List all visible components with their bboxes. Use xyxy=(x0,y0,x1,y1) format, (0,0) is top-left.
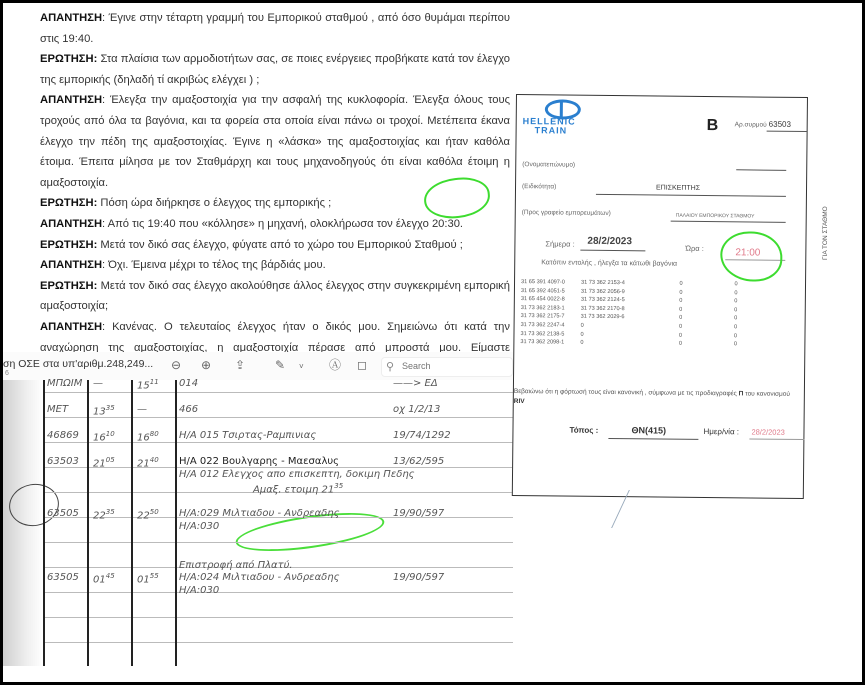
handwritten-entry: Αμαξ. ετοιμη 2135 xyxy=(253,482,343,495)
date2-value: 28/2/2023 xyxy=(751,427,784,436)
place-label: Τόπος : xyxy=(569,426,598,435)
speaker-label: ΕΡΩΤΗΣΗ: xyxy=(40,197,97,209)
ruled-line xyxy=(43,542,513,543)
paragraph-text: Μετά τον δικό σας έλεγχο, φύγατε από το … xyxy=(97,239,463,251)
date-label: Σήμερα : xyxy=(545,239,574,248)
specialty-label: (Ειδικότητα) xyxy=(522,183,556,190)
handwritten-entry: 2235 xyxy=(93,508,115,521)
wagon-cell: 31 73 362 2098-1 xyxy=(520,339,580,348)
handwritten-entry: 63505 xyxy=(47,508,79,519)
transcript-paragraph: ΕΡΩΤΗΣΗ: Μετά τον δικό σας έλεγχο ακολού… xyxy=(40,276,510,317)
train-number: 63503 xyxy=(769,120,791,129)
wagon-cell: 0 xyxy=(650,341,710,350)
ruled-line xyxy=(43,617,513,618)
pdf-viewer-toolbar: ση ΟΣΕ στα υπ'αριθμ.248,249... 6 ⊖ ⊕ ⇪ ✎… xyxy=(3,352,513,381)
date-value: 28/2/2023 xyxy=(587,236,632,247)
handwritten-entry: 2250 xyxy=(137,508,159,521)
ruled-line xyxy=(43,392,513,393)
transcript-paragraph: ΑΠΑΝΤΗΣΗ: Από τις 19:40 που «κόλλησε» η … xyxy=(40,214,510,235)
handwritten-entry: Η/Α 012 Ελεγχος απο επισκεπτη, δοκιμη Πε… xyxy=(179,469,415,480)
hellenic-train-logo: HELLENIC TRAIN xyxy=(523,99,603,134)
date2-label: Ημερ/νία : xyxy=(703,427,739,436)
paragraph-text: Στα πλαίσια των αρμοδιοτήτων σας, σε ποι… xyxy=(40,53,510,86)
handwritten-entry: 19/90/597 xyxy=(393,572,444,583)
handwritten-entry: 2140 xyxy=(137,456,159,469)
handwritten-entry: — xyxy=(137,404,147,415)
paragraph-text: : Έγινε στην τέταρτη γραμμή του Εμπορικο… xyxy=(40,12,510,45)
transcript-paragraph: ΕΡΩΤΗΣΗ: Μετά τον δικό σας έλεγχο, φύγατ… xyxy=(40,235,510,256)
handwritten-entry: 0155 xyxy=(137,572,159,585)
chevron-down-icon[interactable]: ˅ xyxy=(299,361,304,373)
annotate-icon[interactable]: Ⓐ xyxy=(329,359,341,371)
zoom-out-icon[interactable]: ⊖ xyxy=(171,359,181,371)
handwritten-entry: — xyxy=(93,378,103,389)
markup-pen-icon[interactable]: ✎ xyxy=(275,359,285,371)
station-logbook-scan: ΜΠΩΙΜ—1511014——> ΕΔΜΕΤ1335—466οχ 1/2/134… xyxy=(3,380,513,666)
share-icon[interactable]: ⇪ xyxy=(235,359,245,371)
instruction-text: Κατόπιν εντολής , ήλεγξα τα κάτωθι βαγόν… xyxy=(541,259,677,267)
highlight-circle-2100 xyxy=(720,231,783,282)
handwritten-entry: Επιστροφή από Πλατύ. xyxy=(179,560,293,571)
transcript-paragraph: ΑΠΑΝΤΗΣΗ: Έλεγξα την αμαξοστοιχία για τη… xyxy=(40,90,510,193)
handwritten-entry: ΜΕΤ xyxy=(47,404,68,415)
time-label: Ώρα : xyxy=(685,244,704,253)
speaker-label: ΑΠΑΝΤΗΣΗ xyxy=(40,259,102,271)
column-rule xyxy=(87,380,89,666)
paragraph-text: : Από τις 19:40 που «κόλλησε» η μηχανή, … xyxy=(102,218,463,230)
handwritten-entry: 19/74/1292 xyxy=(393,430,451,441)
handwritten-entry: 2105 xyxy=(93,456,115,469)
wagon-inspection-form: HELLENIC TRAIN B Αρ.συρμού 63503 (Ονοματ… xyxy=(512,94,808,499)
form-letter: B xyxy=(707,117,719,135)
paragraph-text: : Έλεγξα την αμαξοστοιχία για την ασφαλή… xyxy=(40,94,510,188)
column-rule xyxy=(43,380,45,666)
handwritten-entry: ΜΠΩΙΜ xyxy=(47,378,82,389)
document-title: ση ΟΣΕ στα υπ'αριθμ.248,249... xyxy=(3,358,153,370)
paragraph-text: Πόση ώρα διήρκησε ο έλεγχος της εμπορική… xyxy=(97,197,331,209)
handwritten-entry: 1680 xyxy=(137,430,159,443)
speaker-label: ΑΠΑΝΤΗΣΗ xyxy=(40,218,102,230)
confirmation-text: Βεβαιώνω ότι η φόρτωσή τους είναι κανονι… xyxy=(514,387,794,410)
handwritten-entry: 46869 xyxy=(47,430,79,441)
transcript-paragraph: ΕΡΩΤΗΣΗ: Στα πλαίσια των αρμοδιοτήτων σα… xyxy=(40,49,510,90)
wagon-row: 31 73 362 2098-1000 xyxy=(520,339,790,350)
transcript-paragraph: ΑΠΑΝΤΗΣΗ: Έγινε στην τέταρτη γραμμή του … xyxy=(40,8,510,49)
specialty-value: ΕΠΙΣΚΕΠΤΗΣ xyxy=(656,184,700,191)
handwritten-entry: Η/Α 022 Βουλγαρης - Μαεσαλυς xyxy=(179,456,339,467)
paragraph-text: Μετά τον δικό σας έλεγχο ακολούθησε άλλο… xyxy=(40,280,510,313)
search-field[interactable]: ⚲ xyxy=(381,357,513,377)
rotate-icon[interactable]: ◻ xyxy=(357,359,367,371)
wagon-cell: 0 xyxy=(710,341,760,350)
handwritten-entry: Η/Α 015 Τσιρτας-Ραμπινιας xyxy=(179,430,316,441)
handwritten-entry: 466 xyxy=(179,404,198,415)
wagon-cell: 0 xyxy=(580,340,650,349)
office-value: ΠΑΛΑΙΟΥ ΕΜΠΟΡΙΚΟΥ ΣΤΑΘΜΟΥ xyxy=(676,213,755,220)
column-rule xyxy=(175,380,177,666)
speaker-label: ΑΠΑΝΤΗΣΗ xyxy=(40,321,102,333)
handwritten-entry: Η/Α:030 xyxy=(179,521,219,532)
name-label: (Ονοματεπώνυμο) xyxy=(522,161,575,169)
speaker-label: ΑΠΑΝΤΗΣΗ xyxy=(40,12,102,24)
handwritten-entry: 63503 xyxy=(47,456,79,467)
paragraph-text: : Όχι. Έμεινα μέχρι το τέλος της βάρδιάς… xyxy=(102,259,326,271)
speaker-label: ΕΡΩΤΗΣΗ: xyxy=(40,53,97,65)
handwritten-entry: Η/Α:024 Μιλτιαδου - Ανδρεαδης xyxy=(179,572,340,583)
speaker-label: ΕΡΩΤΗΣΗ: xyxy=(40,239,97,251)
wagon-list: 31 65 391 4097-031 73 362 2153-40031 65 … xyxy=(520,279,791,351)
zoom-in-icon[interactable]: ⊕ xyxy=(201,359,211,371)
handwritten-entry: 63505 xyxy=(47,572,79,583)
station-vertical-label: ΓΙΑ ΤΟΝ ΣΤΑΘΜΟ xyxy=(822,206,829,260)
handwritten-entry: 1610 xyxy=(93,430,115,443)
handwritten-entry: 19/90/597 xyxy=(393,508,444,519)
page-count: 6 xyxy=(5,370,9,377)
train-number-label: Αρ.συρμού xyxy=(735,121,767,128)
speaker-label: ΕΡΩΤΗΣΗ: xyxy=(40,280,97,292)
speaker-label: ΑΠΑΝΤΗΣΗ xyxy=(40,94,102,106)
search-icon: ⚲ xyxy=(386,360,394,373)
search-input[interactable] xyxy=(400,360,504,372)
handwritten-entry: 1511 xyxy=(137,378,159,391)
handwritten-entry: ——> ΕΔ xyxy=(393,378,438,389)
column-rule xyxy=(131,380,133,666)
handwritten-entry: 1335 xyxy=(93,404,115,417)
ruled-line xyxy=(43,592,513,593)
handwritten-entry: Η/Α:030 xyxy=(179,585,219,596)
place-value: ΘΝ(415) xyxy=(631,425,666,435)
handwritten-entry: Η/Α:029 Μιλτιαδου - Ανδρεαδης xyxy=(179,508,340,519)
transcript-paragraph: ΑΠΑΝΤΗΣΗ: Όχι. Έμεινα μέχρι το τέλος της… xyxy=(40,255,510,276)
handwritten-entry: 014 xyxy=(179,378,198,389)
ruled-line xyxy=(43,642,513,643)
handwritten-entry: 0145 xyxy=(93,572,115,585)
handwritten-entry: οχ 1/2/13 xyxy=(393,404,440,415)
handwritten-entry: 13/62/595 xyxy=(393,456,444,467)
office-label: (Προς γραφείο εμπορευμάτων) xyxy=(522,209,611,217)
